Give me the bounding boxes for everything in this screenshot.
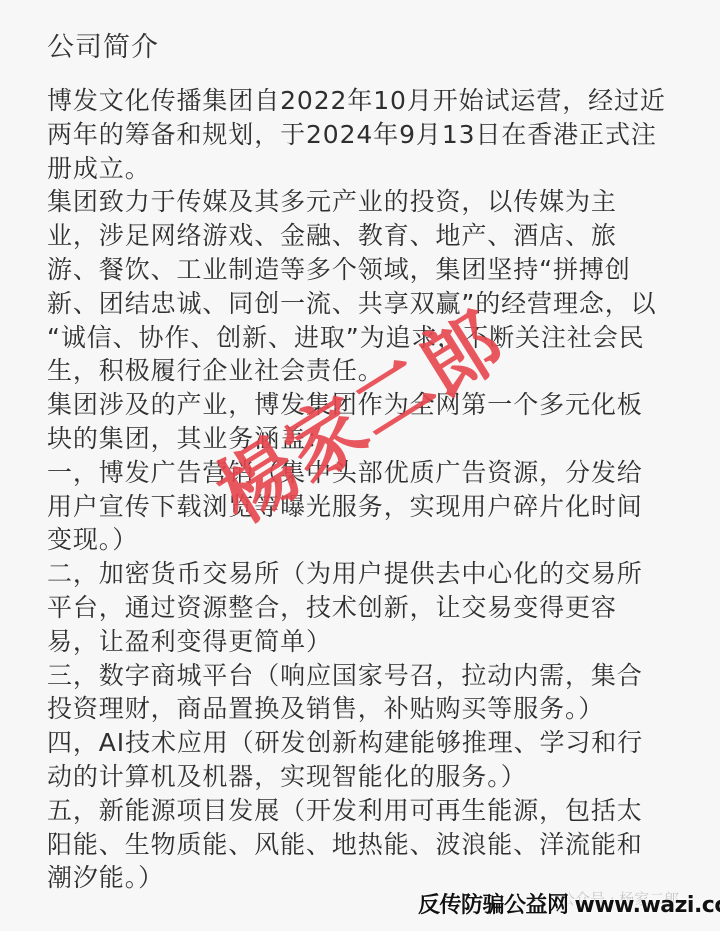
business-item-5-line: 五，新能源项目发展（开发利用可再生能源，包括太 bbox=[47, 794, 697, 828]
business-item-4-line: 动的计算机及机器，实现智能化的服务。） bbox=[47, 760, 697, 794]
banner-site-name: 反传防骗公益网 bbox=[418, 893, 569, 918]
text-line: 游、餐饮、工业制造等多个领域，集团坚持“拼搏创 bbox=[47, 253, 697, 287]
text-line: 新、团结忠诚、同创一流、共享双赢”的经营理念，以 bbox=[47, 287, 697, 321]
text-line: 业，涉足网络游戏、金融、教育、地产、酒店、旅 bbox=[47, 219, 697, 253]
text-line: 博发文化传播集团自2022年10月开始试运营，经过近 bbox=[47, 84, 697, 118]
source-banner: 反传防骗公益网www.wazi.cc bbox=[418, 891, 720, 921]
business-item-2-line: 平台，通过资源整合，技术创新，让交易变得更容 bbox=[47, 591, 697, 625]
business-item-4-line: 四，AI技术应用（研发创新构建能够推理、学习和行 bbox=[47, 726, 697, 760]
business-item-2-line: 易，让盈利变得更简单） bbox=[47, 625, 697, 659]
text-line: 册成立。 bbox=[47, 152, 697, 186]
business-item-1-line: 用户宣传下载浏览等曝光服务，实现用户碎片化时间 bbox=[47, 490, 697, 524]
text-line: 两年的筹备和规划，于2024年9月13日在香港正式注 bbox=[47, 118, 697, 152]
document-page: 公司简介 博发文化传播集团自2022年10月开始试运营，经过近 两年的筹备和规划… bbox=[0, 0, 720, 931]
business-item-5-line: 阳能、生物质能、风能、地热能、波浪能、洋流能和 bbox=[47, 828, 697, 862]
text-line: “诚信、协作、创新、进取”为追求，不断关注社会民 bbox=[47, 321, 697, 355]
business-item-3-line: 三，数字商城平台（响应国家号召，拉动内需，集合 bbox=[47, 659, 697, 693]
page-title: 公司简介 bbox=[47, 31, 159, 65]
text-line: 集团致力于传媒及其多元产业的投资，以传媒为主 bbox=[47, 185, 697, 219]
business-item-2-line: 二，加密货币交易所（为用户提供去中心化的交易所 bbox=[47, 557, 697, 591]
business-item-3-line: 投资理财，商品置换及销售，补贴购买等服务。） bbox=[47, 692, 697, 726]
banner-url: www.wazi.cc bbox=[575, 893, 720, 918]
company-intro-body: 博发文化传播集团自2022年10月开始试运营，经过近 两年的筹备和规划，于202… bbox=[47, 84, 697, 895]
business-item-1-line: 变现。） bbox=[47, 523, 697, 557]
